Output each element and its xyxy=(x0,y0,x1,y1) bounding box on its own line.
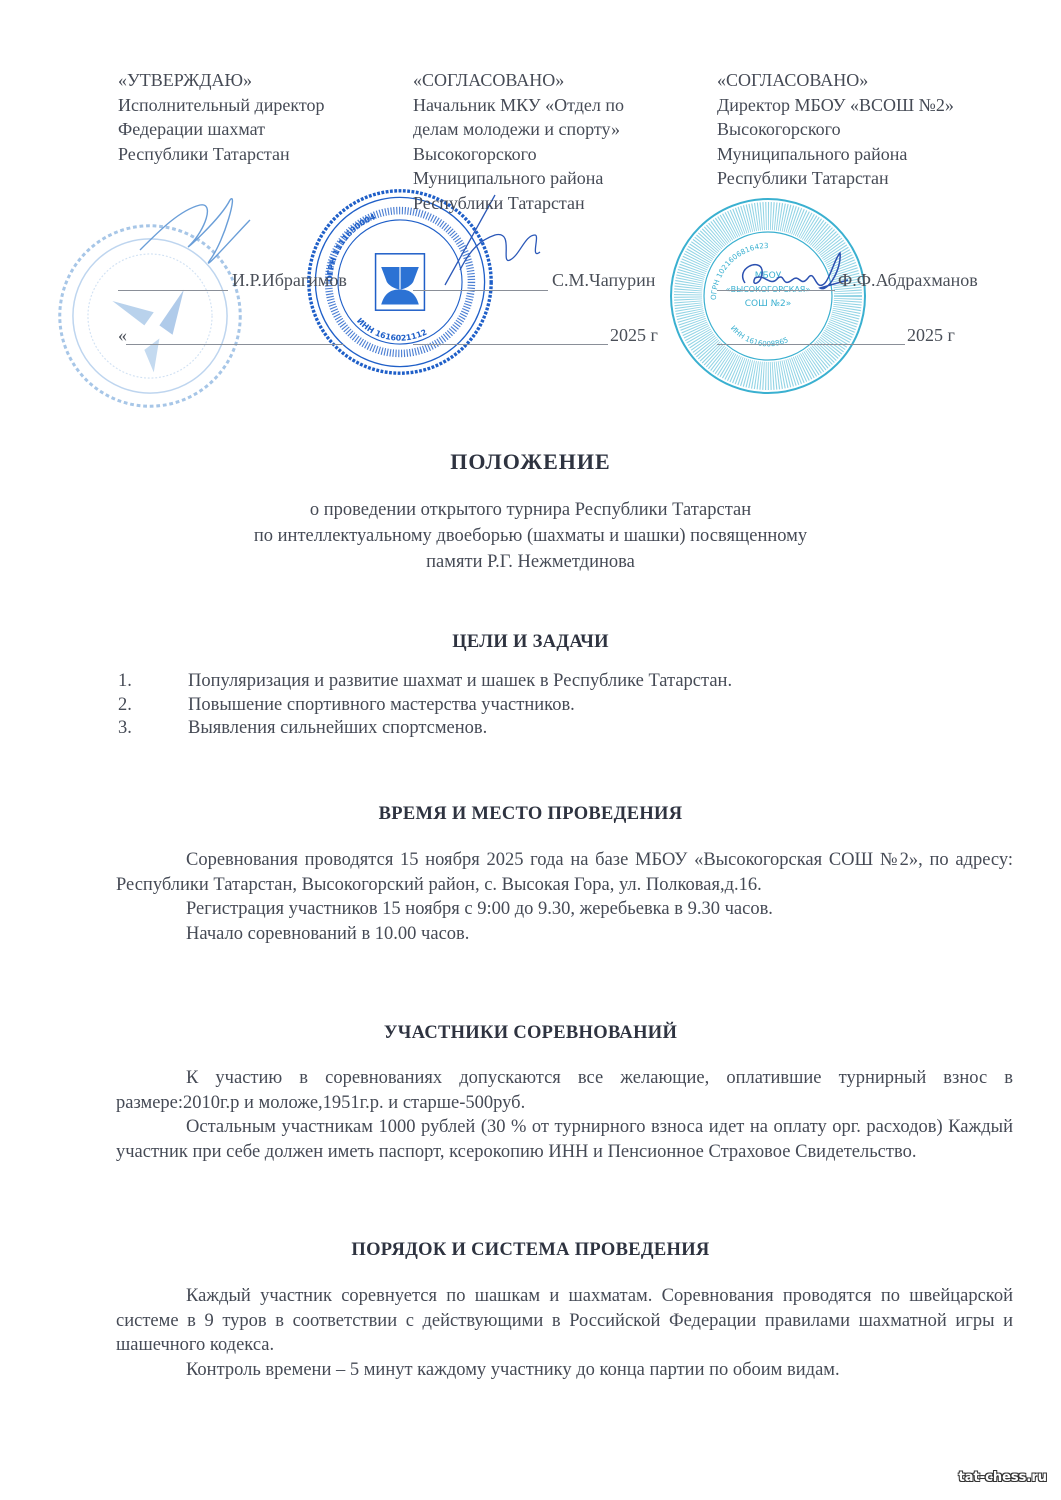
section-heading-participants: УЧАСТНИКИ СОРЕВНОВАНИЙ xyxy=(0,1023,1061,1044)
approval-line: Директор МБОУ «ВСОШ №2» xyxy=(717,93,954,118)
paragraph: Остальным участникам 1000 рублей (30 % о… xyxy=(116,1115,1013,1164)
item-number: 2. xyxy=(118,694,188,718)
approval-line: делам молодежи и спорту» xyxy=(413,117,624,142)
approval-line: Муниципального района xyxy=(413,166,624,191)
approval-heading: «УТВЕРЖДАЮ» xyxy=(118,68,324,93)
svg-text:ИНН 1616021112: ИНН 1616021112 xyxy=(355,316,428,342)
signatory-abdrakhmanov: Ф.Ф.Абдрахманов xyxy=(838,270,978,291)
paragraph: Начало соревнований в 10.00 часов. xyxy=(116,922,1013,947)
paragraph: Соревнования проводятся 15 ноября 2025 г… xyxy=(116,848,1013,897)
order-text: Каждый участник соревнуется по шашкам и … xyxy=(116,1284,1013,1382)
approval-heading: «СОГЛАСОВАНО» xyxy=(413,68,624,93)
site-watermark: tat-chess.ru xyxy=(959,1470,1047,1485)
paragraph: Регистрация участников 15 ноября с 9:00 … xyxy=(116,897,1013,922)
item-text: Повышение спортивного мастерства участни… xyxy=(188,694,575,718)
signature-line xyxy=(118,290,228,291)
approval-block-federation: «УТВЕРЖДАЮ» Исполнительный директор Феде… xyxy=(118,68,324,166)
signature-line xyxy=(413,290,548,291)
date-year: 2025 г xyxy=(907,325,955,346)
approval-line: Республики Татарстан xyxy=(717,166,954,191)
approval-line: Начальник МКУ «Отдел по xyxy=(413,93,624,118)
approval-line: Республики Татарстан xyxy=(413,191,624,216)
approval-heading: «СОГЛАСОВАНО» xyxy=(717,68,954,93)
subtitle-line: о проведении открытого турнира Республик… xyxy=(0,497,1061,523)
section-heading-goals: ЦЕЛИ И ЗАДАЧИ xyxy=(0,632,1061,653)
item-text: Популяризация и развитие шахмат и шашек … xyxy=(188,670,732,694)
list-item: 3.Выявления сильнейших спортсменов. xyxy=(118,717,732,741)
approval-line: Высокогорского xyxy=(413,142,624,167)
stamp-inn: ИНН 1616021112 xyxy=(355,316,428,342)
date-year: 2025 г xyxy=(610,325,658,346)
item-number: 3. xyxy=(118,717,188,741)
ibragimov-signature xyxy=(130,190,260,280)
approval-block-school: «СОГЛАСОВАНО» Директор МБОУ «ВСОШ №2» Вы… xyxy=(717,68,954,191)
signature-line xyxy=(717,290,835,291)
approval-line: Республики Татарстан xyxy=(118,142,324,167)
subtitle-line: памяти Р.Г. Нежметдинова xyxy=(0,549,1061,575)
item-number: 1. xyxy=(118,670,188,694)
list-item: 1.Популяризация и развитие шахмат и шаше… xyxy=(118,670,732,694)
signatory-chapurin: С.М.Чапурин xyxy=(552,270,655,291)
section-heading-time-place: ВРЕМЯ И МЕСТО ПРОВЕДЕНИЯ xyxy=(0,804,1061,825)
date-line xyxy=(126,344,344,345)
signatory-ibragimov: И.Р.Ибрагимов xyxy=(232,270,347,291)
goals-list: 1.Популяризация и развитие шахмат и шаше… xyxy=(118,670,732,741)
approval-line: Федерации шахмат xyxy=(118,117,324,142)
approval-line: Исполнительный директор xyxy=(118,93,324,118)
list-item: 2.Повышение спортивного мастерства участ… xyxy=(118,694,732,718)
paragraph: Каждый участник соревнуется по шашкам и … xyxy=(116,1284,1013,1358)
paragraph: К участию в соревнованиях допускаются вс… xyxy=(116,1066,1013,1115)
date-line xyxy=(717,344,905,345)
item-text: Выявления сильнейших спортсменов. xyxy=(188,717,487,741)
paragraph: Контроль времени – 5 минут каждому участ… xyxy=(116,1358,1013,1383)
approval-line: Муниципального района xyxy=(717,142,954,167)
time-place-text: Соревнования проводятся 15 ноября 2025 г… xyxy=(116,848,1013,946)
document-subtitle: о проведении открытого турнира Республик… xyxy=(0,497,1061,575)
date-line xyxy=(413,344,608,345)
date-quote-mark: « xyxy=(118,325,127,346)
approval-block-sport-department: «СОГЛАСОВАНО» Начальник МКУ «Отдел по де… xyxy=(413,68,624,215)
approval-line: Высокогорского xyxy=(717,117,954,142)
subtitle-line: по интеллектуальному двоеборью (шахматы … xyxy=(0,523,1061,549)
document-title: ПОЛОЖЕНИЕ xyxy=(0,449,1061,475)
participants-text: К участию в соревнованиях допускаются вс… xyxy=(116,1066,1013,1164)
abdrakhmanov-signature xyxy=(730,248,850,308)
section-heading-order: ПОРЯДОК И СИСТЕМА ПРОВЕДЕНИЯ xyxy=(0,1240,1061,1261)
